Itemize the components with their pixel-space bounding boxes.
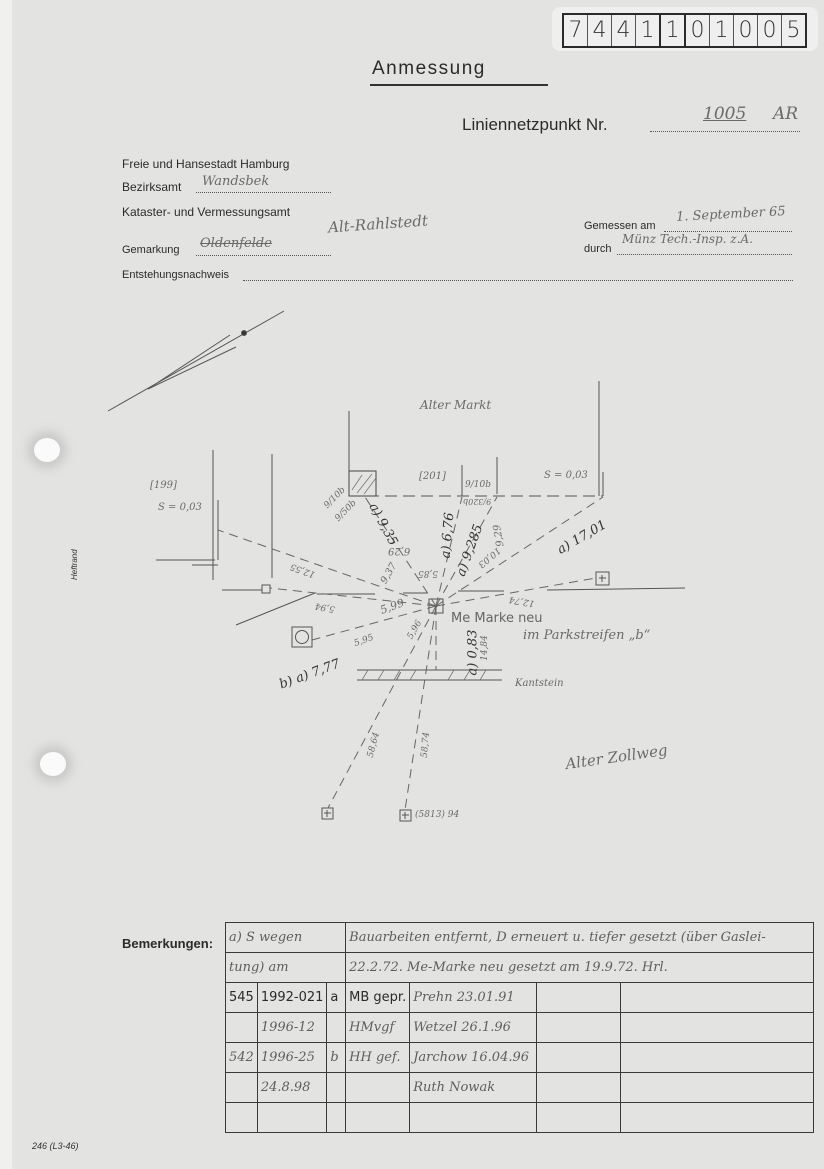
cell-empty <box>536 1013 620 1043</box>
cell-empty <box>536 983 620 1013</box>
cell-nr <box>226 1103 258 1133</box>
cell-who <box>410 1103 537 1133</box>
cell-who: Jarchow 16.04.96 <box>410 1043 537 1073</box>
cell-flag <box>327 1073 346 1103</box>
cell-what: HMvgf <box>346 1013 410 1043</box>
cell-empty <box>621 1043 814 1073</box>
cell-year: 1996-25 <box>257 1043 327 1073</box>
fraction-note: 9/10b <box>465 480 491 490</box>
distance-measure: 6,29 <box>388 545 410 556</box>
parcel-label: [201] <box>419 471 446 482</box>
remark-cell: tung) am <box>226 953 346 983</box>
table-row: 545 1992-021 a MB gepr. Prehn 23.01.91 <box>226 983 814 1013</box>
remark-line: a) S wegen Bauarbeiten entfernt, D erneu… <box>226 923 814 953</box>
remark-cell: Bauarbeiten entfernt, D erneuert u. tief… <box>346 923 814 953</box>
cell-flag: b <box>327 1043 346 1073</box>
cell-flag: a <box>327 983 346 1013</box>
cell-what <box>346 1103 410 1133</box>
cell-year: 1992-021 <box>257 983 327 1013</box>
cell-what: HH gef. <box>346 1043 410 1073</box>
cell-who: Ruth Nowak <box>410 1073 537 1103</box>
cell-flag <box>327 1103 346 1133</box>
cell-empty <box>536 1073 620 1103</box>
marker-note: im Parkstreifen „b“ <box>523 628 650 643</box>
cell-year <box>257 1103 327 1133</box>
remarks-label: Bemerkungen: <box>122 936 213 951</box>
cell-flag <box>327 1013 346 1043</box>
table-row: 542 1996-25 b HH gef. Jarchow 16.04.96 <box>226 1043 814 1073</box>
distance-measure: 14,84 <box>480 635 490 661</box>
cell-who: Prehn 23.01.91 <box>410 983 537 1013</box>
table-row: 24.8.98 Ruth Nowak <box>226 1073 814 1103</box>
cell-empty <box>536 1103 620 1133</box>
form-number: 246 (L3-46) <box>32 1141 79 1151</box>
curb-label: Kantstein <box>515 678 564 689</box>
remark-line: tung) am 22.2.72. Me-Marke neu gesetzt a… <box>226 953 814 983</box>
area-label: Alter Markt <box>420 398 491 412</box>
remarks-table: a) S wegen Bauarbeiten entfernt, D erneu… <box>225 922 814 1133</box>
cell-year: 1996-12 <box>257 1013 327 1043</box>
offset-note: S = 0,03 <box>158 502 202 513</box>
table-row: 1996-12 HMvgf Wetzel 26.1.96 <box>226 1013 814 1043</box>
remark-cell: 22.2.72. Me-Marke neu gesetzt am 19.9.72… <box>346 953 814 983</box>
cell-what: MB gepr. <box>346 983 410 1013</box>
cell-year: 24.8.98 <box>257 1073 327 1103</box>
cell-empty <box>621 1103 814 1133</box>
cell-nr <box>226 1013 258 1043</box>
cell-empty <box>536 1043 620 1073</box>
distance-measure: a) 0,83 <box>465 630 480 676</box>
distance-measure: 5,85 <box>418 568 438 578</box>
fraction-note: 9/320b <box>463 497 491 506</box>
table-row <box>226 1103 814 1133</box>
marker-note: Me Marke neu <box>451 611 543 626</box>
reference-point: (5813) 94 <box>415 810 459 820</box>
cell-nr: 542 <box>226 1043 258 1073</box>
cell-empty <box>621 983 814 1013</box>
parcel-label: [199] <box>150 480 177 491</box>
cell-empty <box>621 1013 814 1043</box>
cell-what <box>346 1073 410 1103</box>
cell-nr: 545 <box>226 983 258 1013</box>
cell-who: Wetzel 26.1.96 <box>410 1013 537 1043</box>
remark-cell: a) S wegen <box>226 923 346 953</box>
cell-empty <box>621 1073 814 1103</box>
cell-nr <box>226 1073 258 1103</box>
offset-note: S = 0,03 <box>544 470 588 481</box>
